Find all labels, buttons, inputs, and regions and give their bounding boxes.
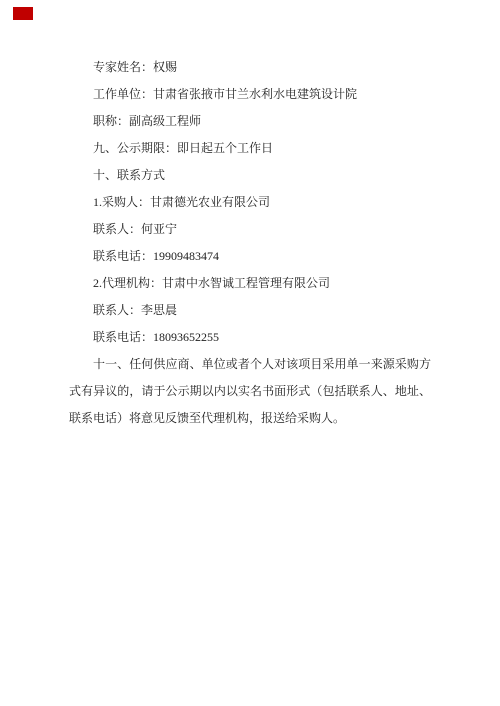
objection-clause-line-1: 十一、任何供应商、单位或者个人对该项目采用单一来源采购方 bbox=[69, 351, 431, 378]
purchaser-phone-line: 联系电话：19909483474 bbox=[69, 243, 431, 270]
agency-line: 2.代理机构：甘肃中水智诚工程管理有限公司 bbox=[69, 270, 431, 297]
purchaser-line: 1.采购人：甘肃德光农业有限公司 bbox=[69, 189, 431, 216]
objection-clause-line-3: 联系电话）将意见反馈至代理机构，报送给采购人。 bbox=[69, 405, 431, 432]
document-page: 专家姓名：权赐 工作单位：甘肃省张掖市甘兰水利水电建筑设计院 职称：副高级工程师… bbox=[0, 0, 500, 706]
purchaser-contact-line: 联系人：何亚宁 bbox=[69, 216, 431, 243]
expert-name-line: 专家姓名：权赐 bbox=[69, 54, 431, 81]
document-body: 专家姓名：权赐 工作单位：甘肃省张掖市甘兰水利水电建筑设计院 职称：副高级工程师… bbox=[69, 54, 431, 432]
agency-contact-line: 联系人：李思晨 bbox=[69, 297, 431, 324]
job-title-line: 职称：副高级工程师 bbox=[69, 108, 431, 135]
publicity-period-line: 九、公示期限：即日起五个工作日 bbox=[69, 135, 431, 162]
red-corner-marker bbox=[13, 7, 33, 20]
contact-section-heading: 十、联系方式 bbox=[69, 162, 431, 189]
objection-clause-line-2: 式有异议的，请于公示期以内以实名书面形式（包括联系人、地址、 bbox=[69, 378, 431, 405]
work-unit-line: 工作单位：甘肃省张掖市甘兰水利水电建筑设计院 bbox=[69, 81, 431, 108]
agency-phone-line: 联系电话：18093652255 bbox=[69, 324, 431, 351]
